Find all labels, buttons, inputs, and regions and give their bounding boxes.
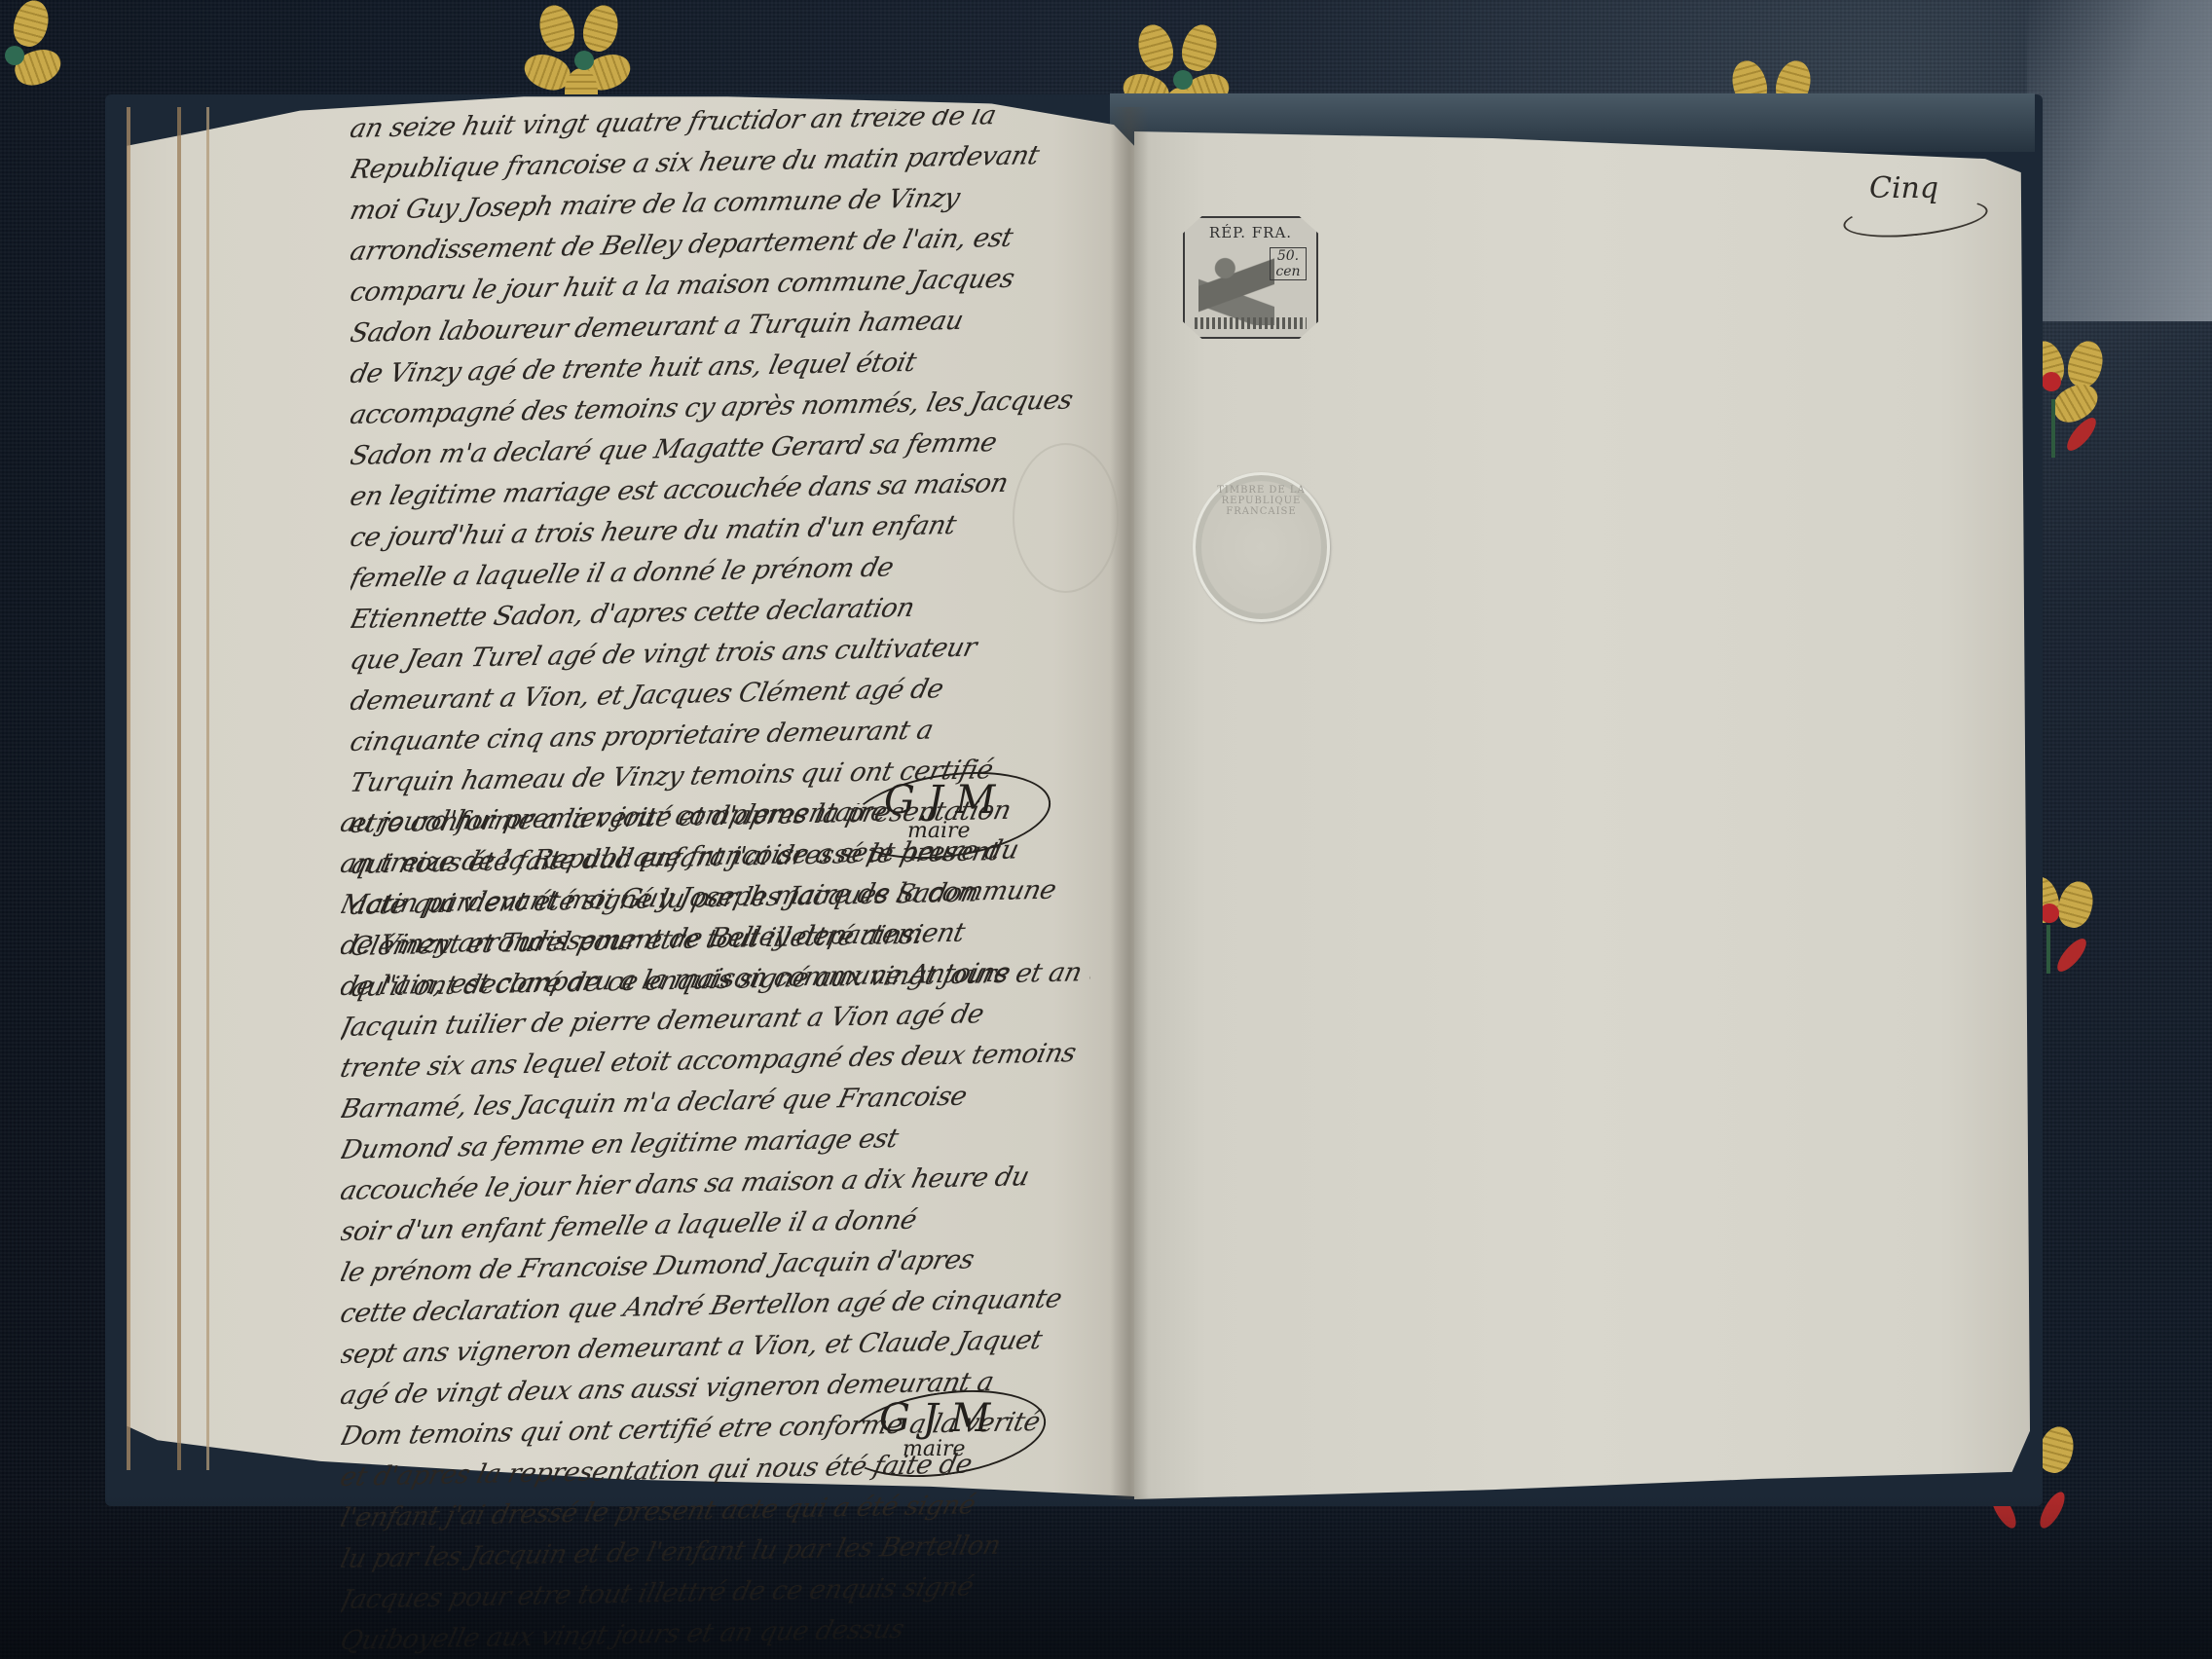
book-gutter [1110,107,1149,1499]
stamp-base [1195,317,1307,329]
light-patch [2027,0,2212,321]
stamp-value: 50. cen [1270,247,1307,280]
allegorical-figure-icon [1198,249,1274,325]
stamp-title: RÉP. FRA. [1185,224,1316,241]
tax-stamp: RÉP. FRA. 50. cen [1183,216,1318,339]
embossed-seal-show-through [1013,443,1119,593]
mayor-signature-2: G J M maire [842,1392,1047,1475]
embossed-seal: TIMBRE DE LA REPUBLIQUE FRANCAISE [1193,472,1330,622]
stamp-value-number: 50. [1277,248,1299,264]
embroidered-flower [0,0,68,117]
stamp-value-unit: cen [1275,264,1300,279]
bottom-shadow [0,1493,2212,1659]
seal-legend: TIMBRE DE LA REPUBLIQUE FRANCAISE [1196,485,1327,517]
signature-initials: G J M [879,1396,990,1441]
signature-title: maire [903,1437,966,1461]
page-edges [109,107,255,1470]
